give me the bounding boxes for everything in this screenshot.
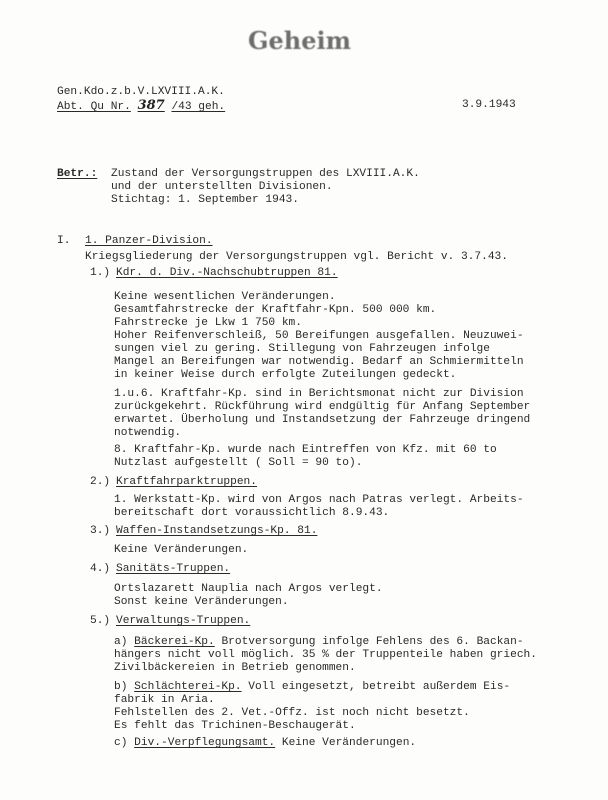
item-title: Sanitäts-Truppen. bbox=[116, 563, 230, 576]
item-line: Keine Veränderungen. bbox=[114, 544, 248, 557]
item-line: Gesamtfahrstrecke der Kraftfahr-Kpn. 500… bbox=[114, 304, 436, 317]
section-numeral: I. bbox=[57, 235, 70, 248]
subitem-c: c) Div.-Verpflegungsamt. Keine Veränderu… bbox=[114, 737, 416, 750]
document-date: 3.9.1943 bbox=[462, 99, 516, 112]
subitem-line: fabrik in Aria. bbox=[114, 694, 215, 707]
item-line: Sonst keine Veränderungen. bbox=[114, 596, 289, 609]
section-intro: Kriegsgliederung der Versorgungstruppen … bbox=[85, 251, 508, 264]
item-title: Verwaltungs-Truppen. bbox=[116, 615, 250, 628]
subitem-line: Zivilbäckereien in Betrieb genommen. bbox=[114, 662, 356, 675]
subitem-line: Fehlstellen des 2. Vet.-Offz. ist noch n… bbox=[114, 707, 470, 720]
item-line: Ortslazarett Nauplia nach Argos verlegt. bbox=[114, 583, 383, 596]
classification-stamp: Geheim bbox=[248, 26, 351, 55]
section-title: 1. Panzer-Division. bbox=[85, 235, 213, 248]
item-line: Fahrstrecke je Lkw 1 750 km. bbox=[114, 317, 302, 330]
item-title: Kdr. d. Div.-Nachschubtruppen 81. bbox=[116, 267, 338, 280]
subitem-letter: c) bbox=[114, 737, 127, 749]
subitem-a: a) Bäckerei-Kp. Brotversorgung infolge F… bbox=[114, 636, 524, 649]
subitem-title: Div.-Verpflegungsamt. bbox=[134, 737, 275, 749]
item-line: erwartet. Überholung und Instandsetzung … bbox=[114, 414, 530, 427]
subitem-line: Keine Veränderungen. bbox=[282, 737, 416, 749]
subitem-title: Bäckerei-Kp. bbox=[134, 636, 215, 648]
subitem-line: Es fehlt das Trichinen-Beschaugerät. bbox=[114, 720, 356, 733]
item-number: 4.) bbox=[90, 563, 110, 576]
item-number: 1.) bbox=[90, 267, 110, 280]
item-number: 2.) bbox=[90, 476, 110, 489]
reference-line: Abt. Qu Nr. 387 /43 geh. bbox=[57, 99, 225, 114]
subitem-letter: b) bbox=[114, 681, 127, 693]
subitem-b: b) Schlächterei-Kp. Voll eingesetzt, bet… bbox=[114, 681, 510, 694]
document-page: Geheim Gen.Kdo.z.b.V.LXVIII.A.K. Abt. Qu… bbox=[0, 0, 608, 800]
subitem-title: Schlächterei-Kp. bbox=[134, 681, 241, 693]
item-line: Nutzlast aufgestellt ( Soll = 90 to). bbox=[114, 457, 362, 470]
item-line: 1.u.6. Kraftfahr-Kp. sind in Berichtsmon… bbox=[114, 388, 524, 401]
subject-line: Zustand der Versorgungstruppen des LXVII… bbox=[111, 168, 420, 181]
item-number: 3.) bbox=[90, 525, 110, 538]
item-line: Keine wesentlichen Veränderungen. bbox=[114, 291, 336, 304]
subject-line: und der unterstellten Divisionen. bbox=[111, 181, 333, 194]
subject-line: Stichtag: 1. September 1943. bbox=[111, 194, 299, 207]
item-title: Kraftfahrparktruppen. bbox=[116, 476, 257, 489]
item-line: Mangel an Bereifungen war notwendig. Bed… bbox=[114, 356, 524, 369]
reference-number: 387 bbox=[138, 98, 165, 113]
item-line: 8. Kraftfahr-Kp. wurde nach Eintreffen v… bbox=[114, 444, 497, 457]
item-line: zurückgekehrt. Rückführung wird endgülti… bbox=[114, 401, 530, 414]
subitem-line: Brotversorgung infolge Fehlens des 6. Ba… bbox=[221, 636, 523, 648]
item-line: sungen viel zu gering. Stillegung von Fa… bbox=[114, 343, 490, 356]
reference-prefix: Abt. Qu Nr. bbox=[57, 101, 131, 113]
item-line: notwendig. bbox=[114, 427, 181, 440]
item-line: bereitschaft dort voraussichtlich 8.9.43… bbox=[114, 507, 389, 520]
subitem-line: hängers nicht voll möglich. 35 % der Tru… bbox=[114, 649, 537, 662]
subitem-line: Voll eingesetzt, betreibt außerdem Eis- bbox=[248, 681, 510, 693]
item-title: Waffen-Instandsetzungs-Kp. 81. bbox=[116, 525, 317, 538]
item-line: in keiner Weise durch erfolgte Zuteilung… bbox=[114, 369, 456, 382]
reference-suffix: /43 geh. bbox=[171, 101, 225, 113]
item-line: Hoher Reifenverschleiß, 50 Bereifungen a… bbox=[114, 330, 524, 343]
subject-label: Betr.: bbox=[57, 168, 97, 181]
item-line: 1. Werkstatt-Kp. wird von Argos nach Pat… bbox=[114, 494, 524, 507]
subitem-letter: a) bbox=[114, 636, 127, 648]
item-number: 5.) bbox=[90, 615, 110, 628]
